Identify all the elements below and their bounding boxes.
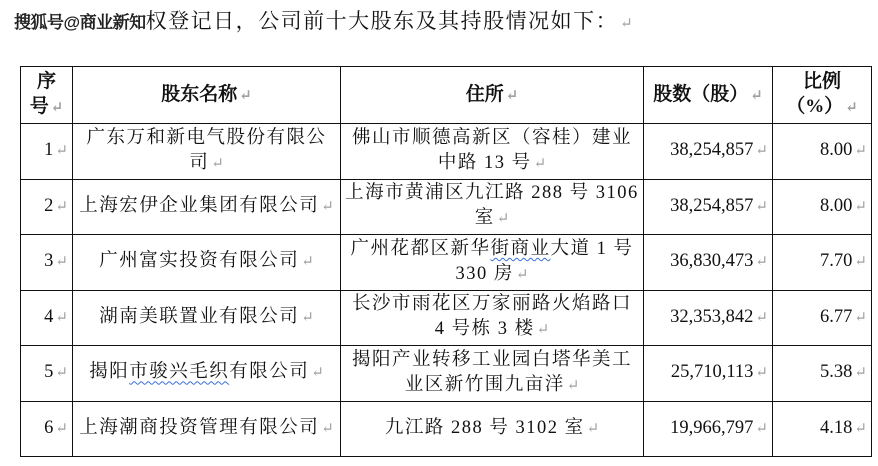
cell-shares: 38,254,857↵ bbox=[644, 179, 773, 235]
cell-address: 九江路 288 号 3102 室↵ bbox=[341, 401, 644, 457]
watermark: 搜狐号@商业新知 bbox=[14, 13, 146, 32]
cell-index: 2↵ bbox=[21, 179, 73, 235]
cell-pct: 6.77↵ bbox=[773, 290, 872, 346]
table-row: 2↵ 上海宏伊企业集团有限公司↵ 上海市黄浦区九江路 288 号 3106 室↵… bbox=[21, 179, 872, 235]
cell-address: 上海市黄浦区九江路 288 号 3106 室↵ bbox=[341, 179, 644, 235]
cell-pct: 7.70↵ bbox=[773, 235, 872, 291]
table-header-row: 序号↵ 股东名称↵ 住所↵ 股数（股）↵ 比例（%）↵ bbox=[21, 67, 872, 124]
cell-address: 广州花都区新华街商业大道 1 号 330 房↵ bbox=[341, 235, 644, 291]
cell-index: 5↵ bbox=[21, 346, 73, 402]
table-row: 3↵ 广州富实投资有限公司↵ 广州花都区新华街商业大道 1 号 330 房↵ 3… bbox=[21, 235, 872, 291]
cell-name: 湖南美联置业有限公司↵ bbox=[73, 290, 341, 346]
cell-shares: 19,966,797↵ bbox=[644, 401, 773, 457]
cell-index: 3↵ bbox=[21, 235, 73, 291]
spellcheck-underline: 街商业 bbox=[490, 239, 550, 259]
shareholders-table: 序号↵ 股东名称↵ 住所↵ 股数（股）↵ 比例（%）↵ 1↵ 广东万和新电气股份… bbox=[20, 66, 872, 457]
cell-shares: 32,353,842↵ bbox=[644, 290, 773, 346]
cell-name: 揭阳市骏兴毛织有限公司↵ bbox=[73, 346, 341, 402]
cell-name: 上海宏伊企业集团有限公司↵ bbox=[73, 179, 341, 235]
cell-pct: 8.00↵ bbox=[773, 124, 872, 180]
cell-address: 长沙市雨花区万家丽路火焰路口 4 号栋 3 楼↵ bbox=[341, 290, 644, 346]
paragraph-mark-icon: ↵ bbox=[51, 100, 64, 116]
cell-index: 1↵ bbox=[21, 124, 73, 180]
spellcheck-underline: 市骏兴毛织 bbox=[129, 362, 229, 382]
cell-index: 6↵ bbox=[21, 401, 73, 457]
cell-shares: 38,254,857↵ bbox=[644, 124, 773, 180]
cell-shares: 25,710,113↵ bbox=[644, 346, 773, 402]
table-row: 4↵ 湖南美联置业有限公司↵ 长沙市雨花区万家丽路火焰路口 4 号栋 3 楼↵ … bbox=[21, 290, 872, 346]
header-index: 序号↵ bbox=[21, 67, 73, 124]
paragraph-mark-icon: ↵ bbox=[620, 16, 633, 32]
header-address: 住所↵ bbox=[341, 67, 644, 124]
table-row: 6↵ 上海潮商投资管理有限公司↵ 九江路 288 号 3102 室↵ 19,96… bbox=[21, 401, 872, 457]
cell-pct: 8.00↵ bbox=[773, 179, 872, 235]
cell-address: 佛山市顺德高新区（容桂）建业中路 13 号↵ bbox=[341, 124, 644, 180]
cell-name: 广东万和新电气股份有限公司↵ bbox=[73, 124, 341, 180]
header-name: 股东名称↵ bbox=[73, 67, 341, 124]
cell-index: 4↵ bbox=[21, 290, 73, 346]
cell-address: 揭阳产业转移工业园白塔华美工业区新竹围九亩洋↵ bbox=[341, 346, 644, 402]
table-row: 1↵ 广东万和新电气股份有限公司↵ 佛山市顺德高新区（容桂）建业中路 13 号↵… bbox=[21, 124, 872, 180]
intro-text: 权登记日，公司前十大股东及其持股情况如下： bbox=[146, 9, 619, 33]
cell-pct: 4.18↵ bbox=[773, 401, 872, 457]
cell-pct: 5.38↵ bbox=[773, 346, 872, 402]
cell-name: 上海潮商投资管理有限公司↵ bbox=[73, 401, 341, 457]
table-row: 5↵ 揭阳市骏兴毛织有限公司↵ 揭阳产业转移工业园白塔华美工业区新竹围九亩洋↵ … bbox=[21, 346, 872, 402]
cell-shares: 36,830,473↵ bbox=[644, 235, 773, 291]
intro-paragraph: 搜狐号@商业新知权登记日，公司前十大股东及其持股情况如下：↵ bbox=[14, 6, 633, 36]
header-pct: 比例（%）↵ bbox=[773, 67, 872, 124]
header-shares: 股数（股）↵ bbox=[644, 67, 773, 124]
cell-name: 广州富实投资有限公司↵ bbox=[73, 235, 341, 291]
